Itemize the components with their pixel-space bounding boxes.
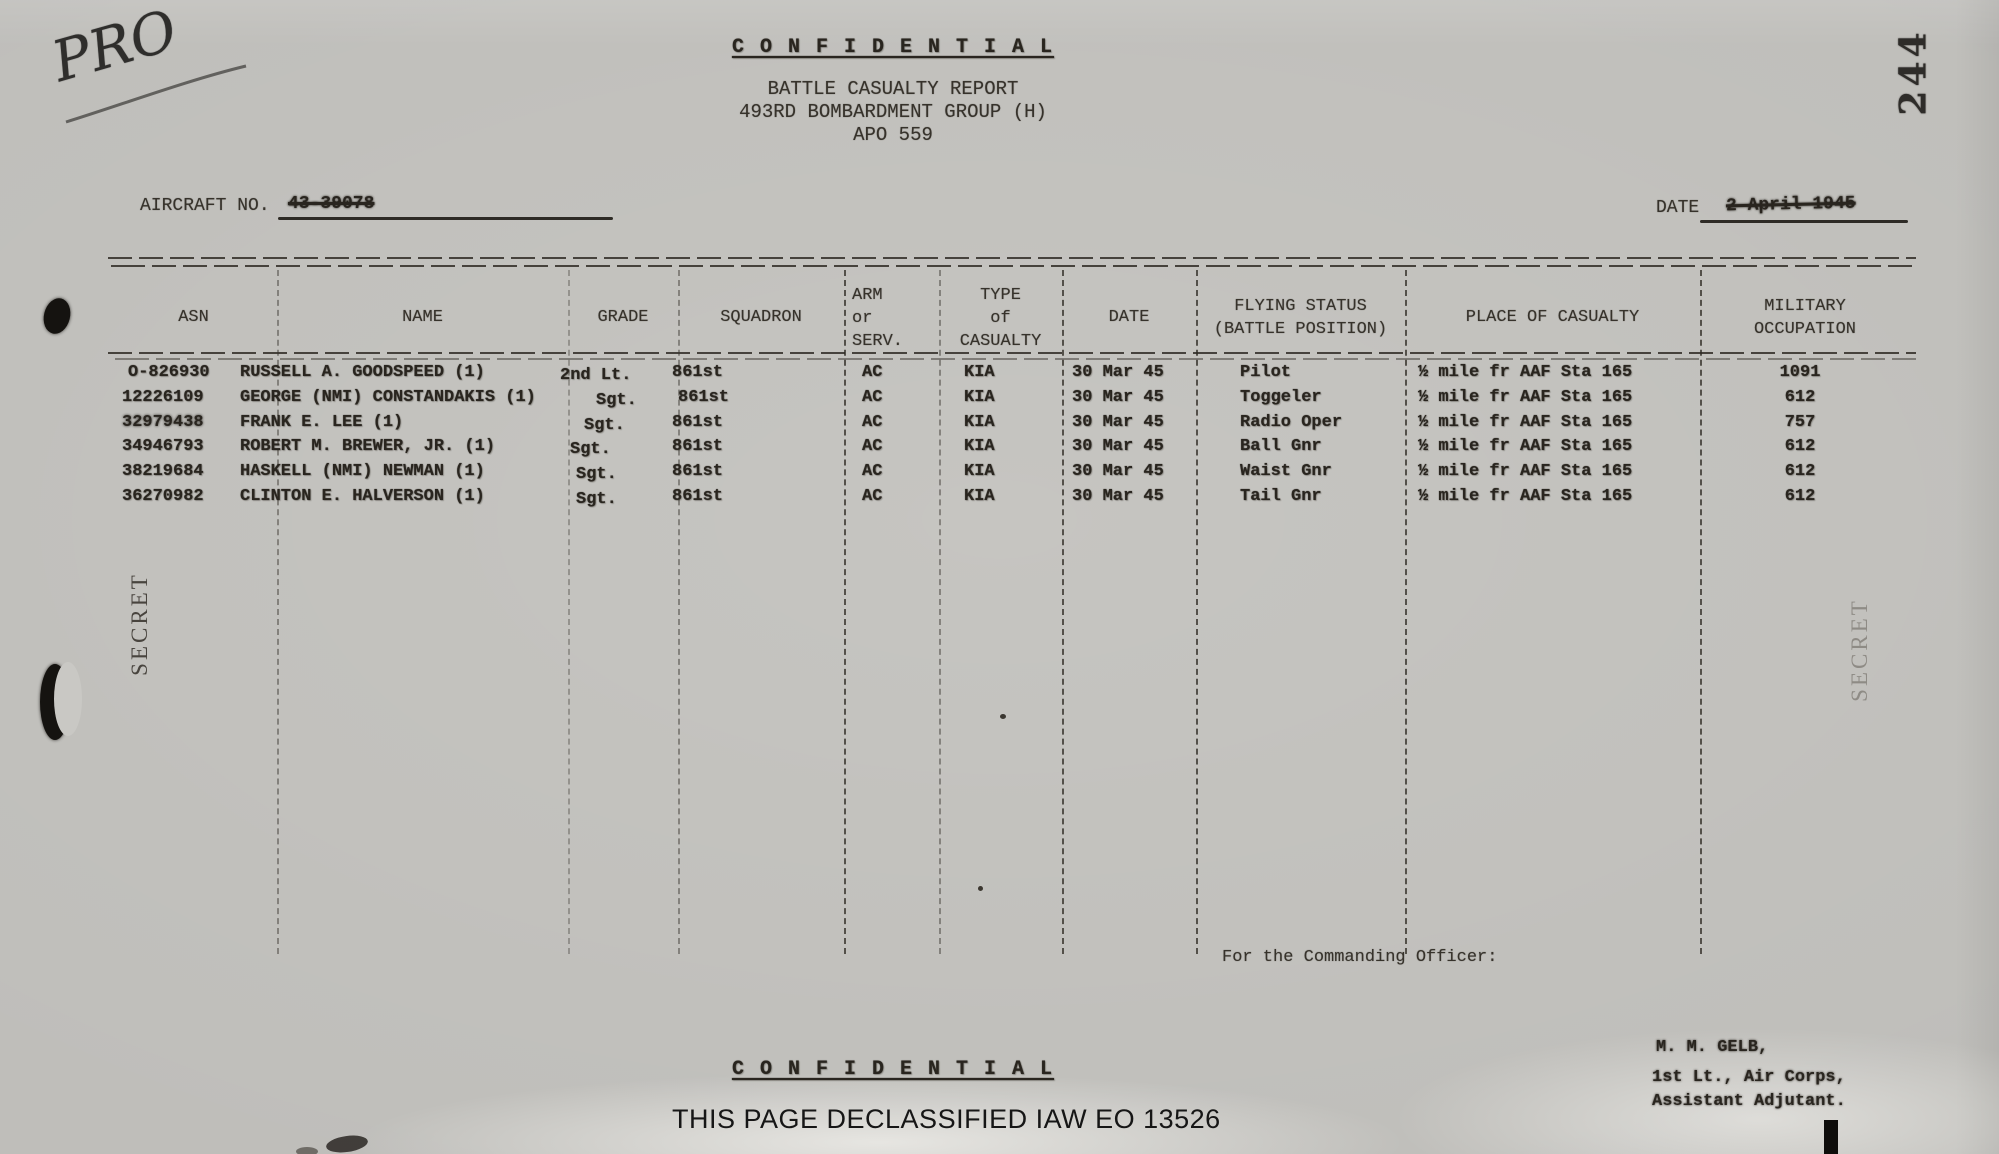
- document-apo: APO 559: [640, 124, 1146, 146]
- header-squadron: SQUADRON: [678, 306, 844, 329]
- cell-grade: Sgt.: [576, 465, 617, 484]
- folio-number-text: 244: [1893, 28, 1935, 115]
- cell-grade: Sgt.: [596, 391, 637, 410]
- cell-arm: AC: [862, 413, 882, 432]
- ink-speck-1: [978, 886, 983, 891]
- cell-asn: 12226109: [122, 388, 204, 407]
- cell-asn: 34946793: [122, 437, 204, 456]
- cell-date: 30 Mar 45: [1072, 437, 1164, 456]
- cell-arm: AC: [862, 462, 882, 481]
- cell-name: ROBERT M. BREWER, JR. (1): [240, 437, 495, 456]
- cell-occupation: 612: [1750, 388, 1850, 407]
- secret-stamp-right: SECRET: [1824, 578, 1896, 722]
- header-grade: GRADE: [568, 306, 678, 329]
- header-place: PLACE OF CASUALTY: [1405, 306, 1700, 329]
- cell-place: ½ mile fr AAF Sta 165: [1418, 437, 1632, 456]
- declassification-notice: THIS PAGE DECLASSIFIED IAW EO 13526: [672, 1104, 1221, 1135]
- header-date: DATE: [1062, 306, 1196, 329]
- secret-stamp-left: SECRET: [104, 552, 176, 696]
- smudge-bottom-left: [325, 1133, 369, 1154]
- cell-name: FRANK E. LEE (1): [240, 413, 403, 432]
- secret-stamp-left-text: SECRET: [127, 572, 153, 676]
- table-header-rule-2: [108, 358, 1916, 360]
- cell-squadron: 861st: [672, 363, 723, 382]
- cell-squadron: 861st: [672, 413, 723, 432]
- signature-rank: 1st Lt., Air Corps,: [1652, 1068, 1846, 1087]
- cell-status: Radio Oper: [1240, 413, 1342, 432]
- table-row: 32979438 FRANK E. LEE (1) Sgt. 861st AC …: [0, 413, 1999, 437]
- cell-place: ½ mile fr AAF Sta 165: [1418, 413, 1632, 432]
- header-asn: ASN: [110, 306, 277, 329]
- cell-status: Pilot: [1240, 363, 1291, 382]
- cell-grade: Sgt.: [570, 440, 611, 459]
- cell-status: Tail Gnr: [1240, 487, 1322, 506]
- secret-stamp-right-text: SECRET: [1847, 598, 1873, 702]
- cell-arm: AC: [862, 363, 882, 382]
- aircraft-label: AIRCRAFT NO.: [140, 196, 270, 216]
- cell-occupation: 612: [1750, 462, 1850, 481]
- cell-arm: AC: [862, 388, 882, 407]
- cell-type: KIA: [964, 413, 995, 432]
- document-title: BATTLE CASUALTY REPORT: [640, 78, 1146, 100]
- date-label: DATE: [1656, 198, 1699, 218]
- cell-squadron: 861st: [678, 388, 729, 407]
- classification-footer: C O N F I D E N T I A L: [640, 1058, 1146, 1081]
- cell-name: GEORGE (NMI) CONSTANDAKIS (1): [240, 388, 536, 407]
- cell-date: 30 Mar 45: [1072, 388, 1164, 407]
- cell-asn: 38219684: [122, 462, 204, 481]
- cell-occupation: 612: [1750, 437, 1850, 456]
- cell-arm: AC: [862, 487, 882, 506]
- cell-type: KIA: [964, 388, 995, 407]
- cell-type: KIA: [964, 487, 995, 506]
- cell-name: HASKELL (NMI) NEWMAN (1): [240, 462, 485, 481]
- edge-mark-bottom-right: [1824, 1120, 1838, 1154]
- cell-place: ½ mile fr AAF Sta 165: [1418, 487, 1632, 506]
- table-row: 38219684 HASKELL (NMI) NEWMAN (1) Sgt. 8…: [0, 462, 1999, 486]
- cell-date: 30 Mar 45: [1072, 363, 1164, 382]
- cell-arm: AC: [862, 437, 882, 456]
- date-underline: [1700, 220, 1908, 223]
- table-top-rule-2: [108, 265, 1916, 267]
- cell-squadron: 861st: [672, 487, 723, 506]
- scanned-document-page: PRO 244 C O N F I D E N T I A L BATTLE C…: [0, 0, 1999, 1154]
- cell-asn: 32979438: [122, 413, 204, 432]
- date-value: 2 April 1945: [1726, 194, 1856, 217]
- cell-squadron: 861st: [672, 462, 723, 481]
- header-flying-status: FLYING STATUS (BATTLE POSITION): [1196, 295, 1405, 341]
- cell-status: Toggeler: [1240, 388, 1322, 407]
- cell-name: CLINTON E. HALVERSON (1): [240, 487, 485, 506]
- table-row: 34946793 ROBERT M. BREWER, JR. (1) Sgt. …: [0, 437, 1999, 461]
- header-occupation: MILITARY OCCUPATION: [1700, 295, 1910, 341]
- classification-header: C O N F I D E N T I A L: [640, 36, 1146, 59]
- cell-asn: 36270982: [122, 487, 204, 506]
- signature-name: M. M. GELB,: [1656, 1038, 1768, 1057]
- table-row: 36270982 CLINTON E. HALVERSON (1) Sgt. 8…: [0, 487, 1999, 511]
- cell-type: KIA: [964, 462, 995, 481]
- header-type-casualty: TYPE of CASUALTY: [939, 284, 1062, 353]
- table-row: O-826930 RUSSELL A. GOODSPEED (1) 2nd Lt…: [0, 363, 1999, 387]
- cell-grade: 2nd Lt.: [560, 366, 631, 385]
- cell-status: Ball Gnr: [1240, 437, 1322, 456]
- header-name: NAME: [277, 306, 568, 329]
- punch-hole-bottom-highlight: [54, 662, 82, 736]
- signature-title: Assistant Adjutant.: [1652, 1092, 1846, 1111]
- cell-date: 30 Mar 45: [1072, 462, 1164, 481]
- smudge-bottom-left-2: [296, 1147, 318, 1154]
- cell-place: ½ mile fr AAF Sta 165: [1418, 462, 1632, 481]
- cell-date: 30 Mar 45: [1072, 413, 1164, 432]
- for-commanding-officer: For the Commanding Officer:: [1222, 948, 1497, 967]
- header-arm-serv: ARM or SERV.: [852, 284, 903, 353]
- cell-grade: Sgt.: [584, 416, 625, 435]
- ink-speck-2: [1000, 714, 1006, 719]
- cell-type: KIA: [964, 363, 995, 382]
- cell-occupation: 1091: [1750, 363, 1850, 382]
- cell-type: KIA: [964, 437, 995, 456]
- folio-number: 244: [1876, 24, 1952, 120]
- cell-asn: O-826930: [128, 363, 210, 382]
- aircraft-number: 43-39078: [288, 194, 374, 214]
- cell-grade: Sgt.: [576, 490, 617, 509]
- table-row: 12226109 GEORGE (NMI) CONSTANDAKIS (1) S…: [0, 388, 1999, 412]
- cell-status: Waist Gnr: [1240, 462, 1332, 481]
- cell-name: RUSSELL A. GOODSPEED (1): [240, 363, 485, 382]
- table-top-rule-1: [108, 257, 1916, 259]
- cell-occupation: 612: [1750, 487, 1850, 506]
- cell-occupation: 757: [1750, 413, 1850, 432]
- cell-date: 30 Mar 45: [1072, 487, 1164, 506]
- punch-hole-top: [40, 295, 74, 336]
- cell-place: ½ mile fr AAF Sta 165: [1418, 388, 1632, 407]
- aircraft-underline: [278, 217, 613, 220]
- handwritten-underline-stroke: [58, 58, 258, 128]
- cell-place: ½ mile fr AAF Sta 165: [1418, 363, 1632, 382]
- cell-squadron: 861st: [672, 437, 723, 456]
- document-unit: 493RD BOMBARDMENT GROUP (H): [640, 101, 1146, 123]
